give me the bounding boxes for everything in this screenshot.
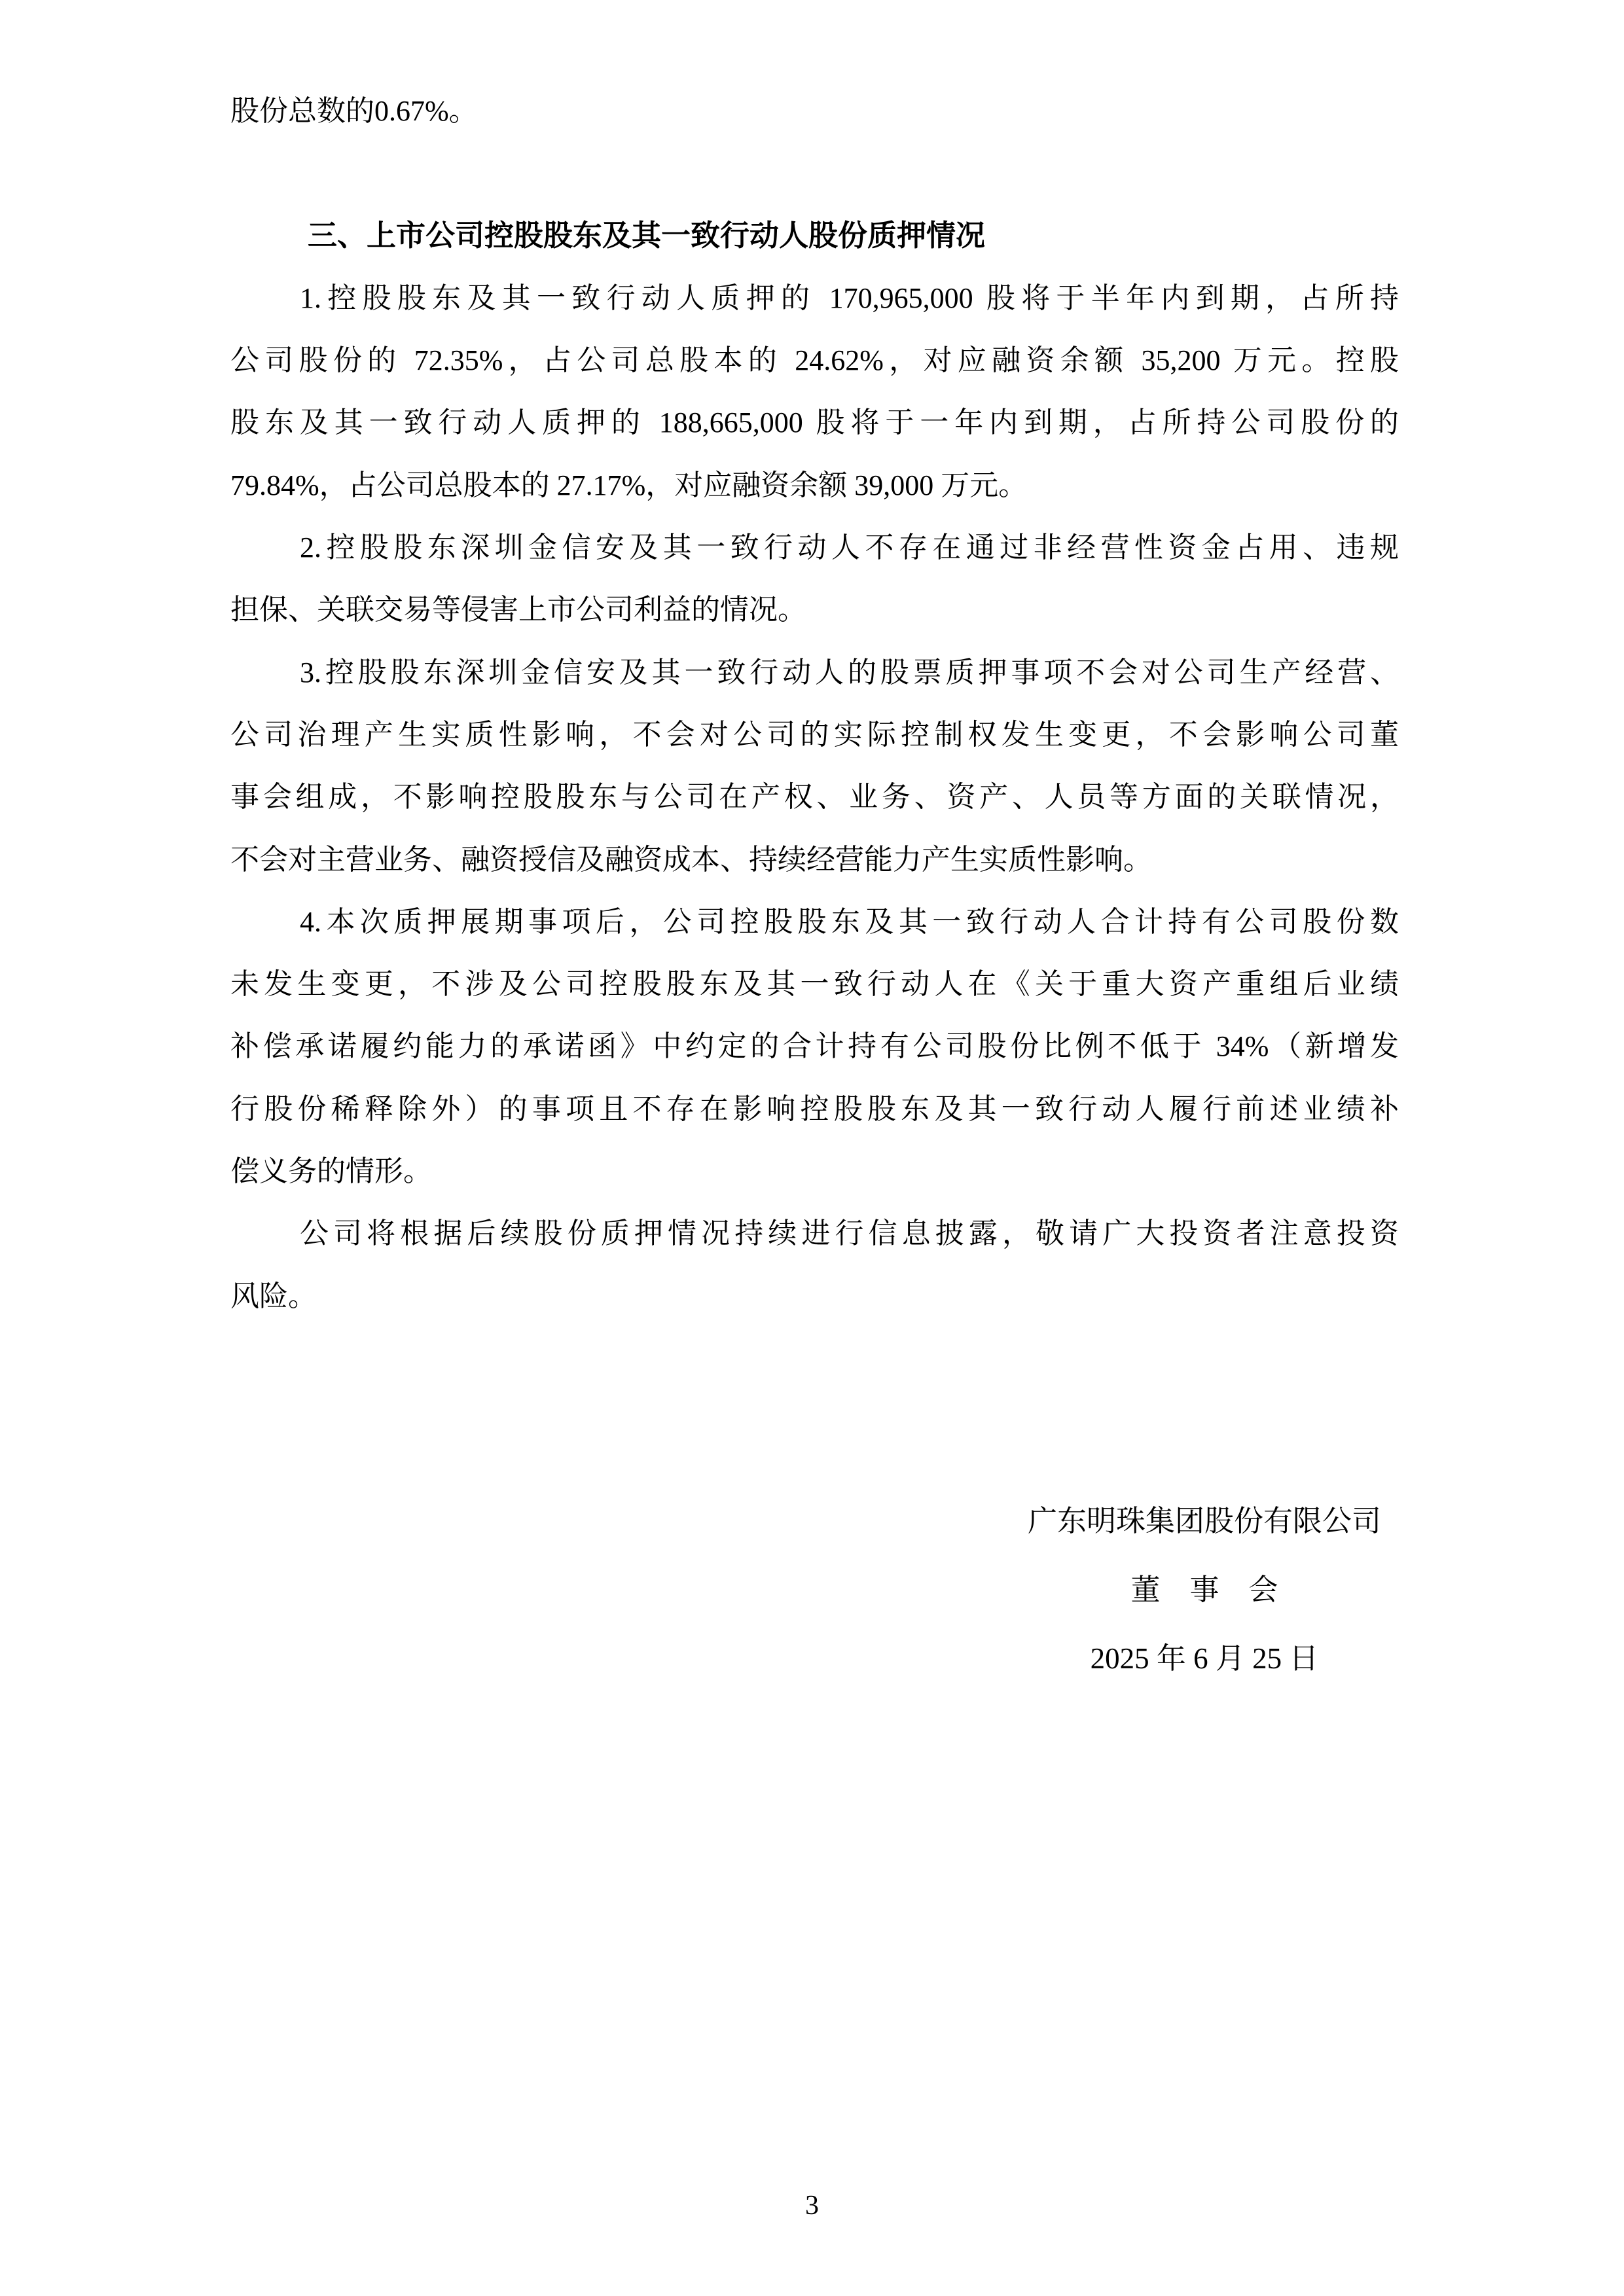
continuation-text: 股份总数的0.67%。 [230, 80, 1399, 142]
paragraph: 公司将根据后续股份质押情况持续进行信息披露，敬请广大投资者注意投资 风险。 [230, 1202, 1399, 1327]
paragraph: 3.控股股东深圳金信安及其一致行动人的股票质押事项不会对公司生产经营、 公司治理… [230, 641, 1399, 891]
text-line: 未发生变更，不涉及公司控股股东及其一致行动人在《关于重大资产重组后业绩 [230, 953, 1399, 1015]
blank-line [230, 142, 1399, 204]
signature-board: 董 事 会 [956, 1556, 1453, 1624]
text-line: 3.控股股东深圳金信安及其一致行动人的股票质押事项不会对公司生产经营、 [230, 641, 1399, 704]
text-line: 公司治理产生实质性影响，不会对公司的实际控制权发生变更，不会影响公司董 [230, 704, 1399, 766]
document-body: 股份总数的0.67%。 三、上市公司控股股东及其一致行动人股份质押情况 1.控股… [230, 80, 1399, 1327]
text-line: 偿义务的情形。 [230, 1140, 1399, 1202]
text-line: 股东及其一致行动人质押的 188,665,000 股将于一年内到期，占所持公司股… [230, 391, 1399, 454]
paragraph: 4.本次质押展期事项后，公司控股股东及其一致行动人合计持有公司股份数 未发生变更… [230, 891, 1399, 1202]
text-line: 事会组成，不影响控股股东与公司在产权、业务、资产、人员等方面的关联情况， [230, 766, 1399, 828]
signature-company: 广东明珠集团股份有限公司 [956, 1487, 1453, 1556]
text-line: 79.84%，占公司总股本的 27.17%，对应融资余额 39,000 万元。 [230, 454, 1399, 516]
text-line: 担保、关联交易等侵害上市公司利益的情况。 [230, 579, 1399, 641]
text-line: 行股份稀释除外）的事项且不存在影响控股股东及其一致行动人履行前述业绩补 [230, 1078, 1399, 1140]
text-line: 4.本次质押展期事项后，公司控股股东及其一致行动人合计持有公司股份数 [230, 891, 1399, 953]
text-line: 1.控股股东及其一致行动人质押的 170,965,000 股将于半年内到期，占所… [230, 267, 1399, 329]
signature-date: 2025 年 6 月 25 日 [956, 1624, 1453, 1693]
paragraph: 2.控股股东深圳金信安及其一致行动人不存在通过非经营性资金占用、违规 担保、关联… [230, 516, 1399, 641]
text-line: 风险。 [230, 1265, 1399, 1327]
page-number: 3 [0, 2190, 1624, 2221]
document-page: 股份总数的0.67%。 三、上市公司控股股东及其一致行动人股份质押情况 1.控股… [0, 0, 1624, 2296]
paragraph: 1.控股股东及其一致行动人质押的 170,965,000 股将于半年内到期，占所… [230, 267, 1399, 516]
section-heading: 三、上市公司控股股东及其一致行动人股份质押情况 [230, 205, 1399, 267]
text-line: 不会对主营业务、融资授信及融资成本、持续经营能力产生实质性影响。 [230, 829, 1399, 891]
text-line: 公司股份的 72.35%，占公司总股本的 24.62%，对应融资余额 35,20… [230, 329, 1399, 391]
text-line: 公司将根据后续股份质押情况持续进行信息披露，敬请广大投资者注意投资 [230, 1202, 1399, 1265]
signature-block: 广东明珠集团股份有限公司 董 事 会 2025 年 6 月 25 日 [956, 1487, 1453, 1693]
text-line: 2.控股股东深圳金信安及其一致行动人不存在通过非经营性资金占用、违规 [230, 516, 1399, 579]
text-line: 补偿承诺履约能力的承诺函》中约定的合计持有公司股份比例不低于 34%（新增发 [230, 1015, 1399, 1077]
